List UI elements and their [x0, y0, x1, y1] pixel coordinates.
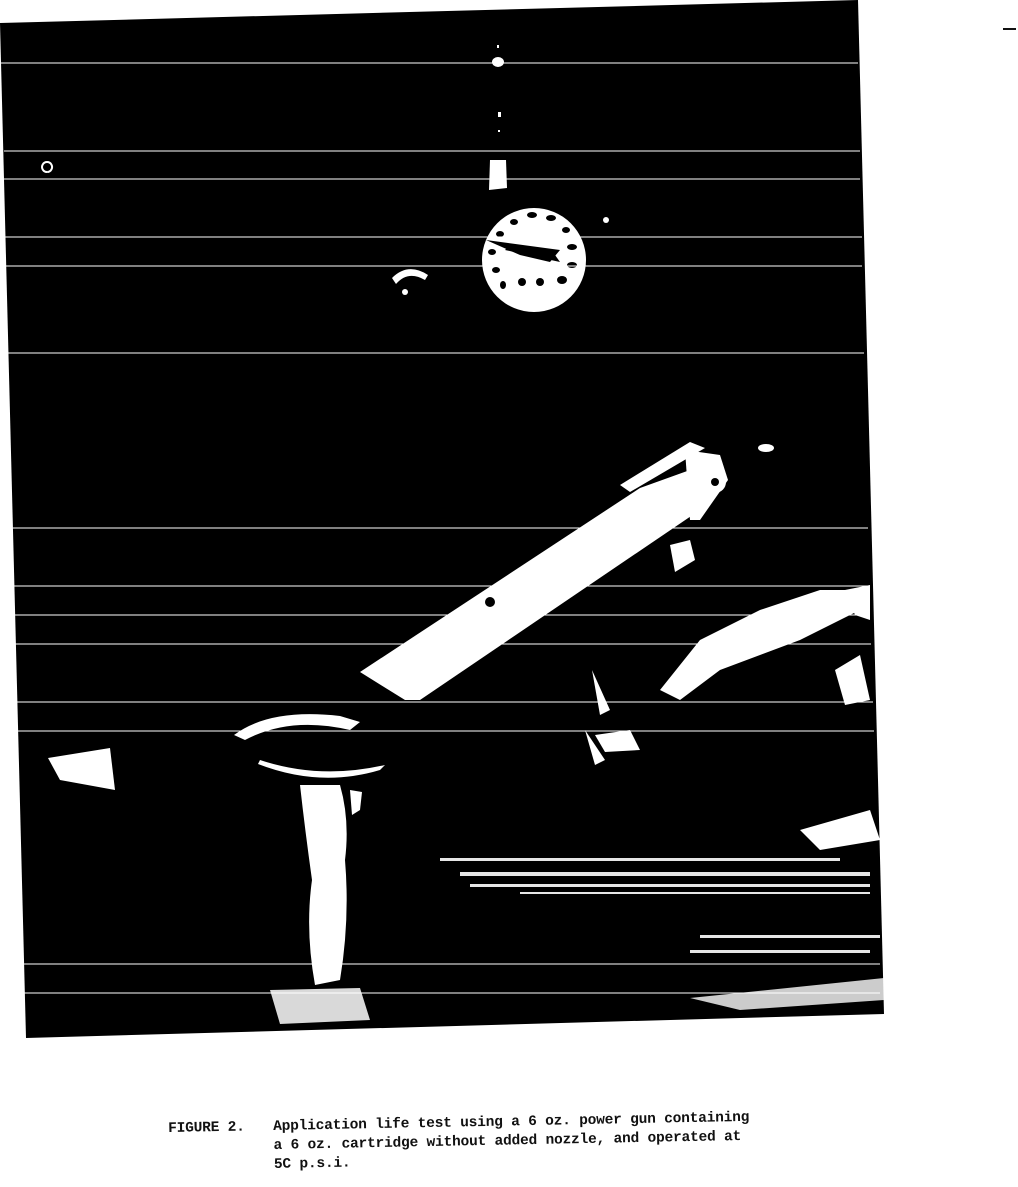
figure-caption: FIGURE 2. Application life test using a …: [168, 1107, 828, 1120]
caption-text: Application life test using a 6 oz. powe…: [273, 1107, 834, 1175]
figure-photo: [0, 0, 1018, 1050]
figure-label: FIGURE 2.: [168, 1119, 245, 1139]
photo-illustration: [0, 0, 1018, 1050]
